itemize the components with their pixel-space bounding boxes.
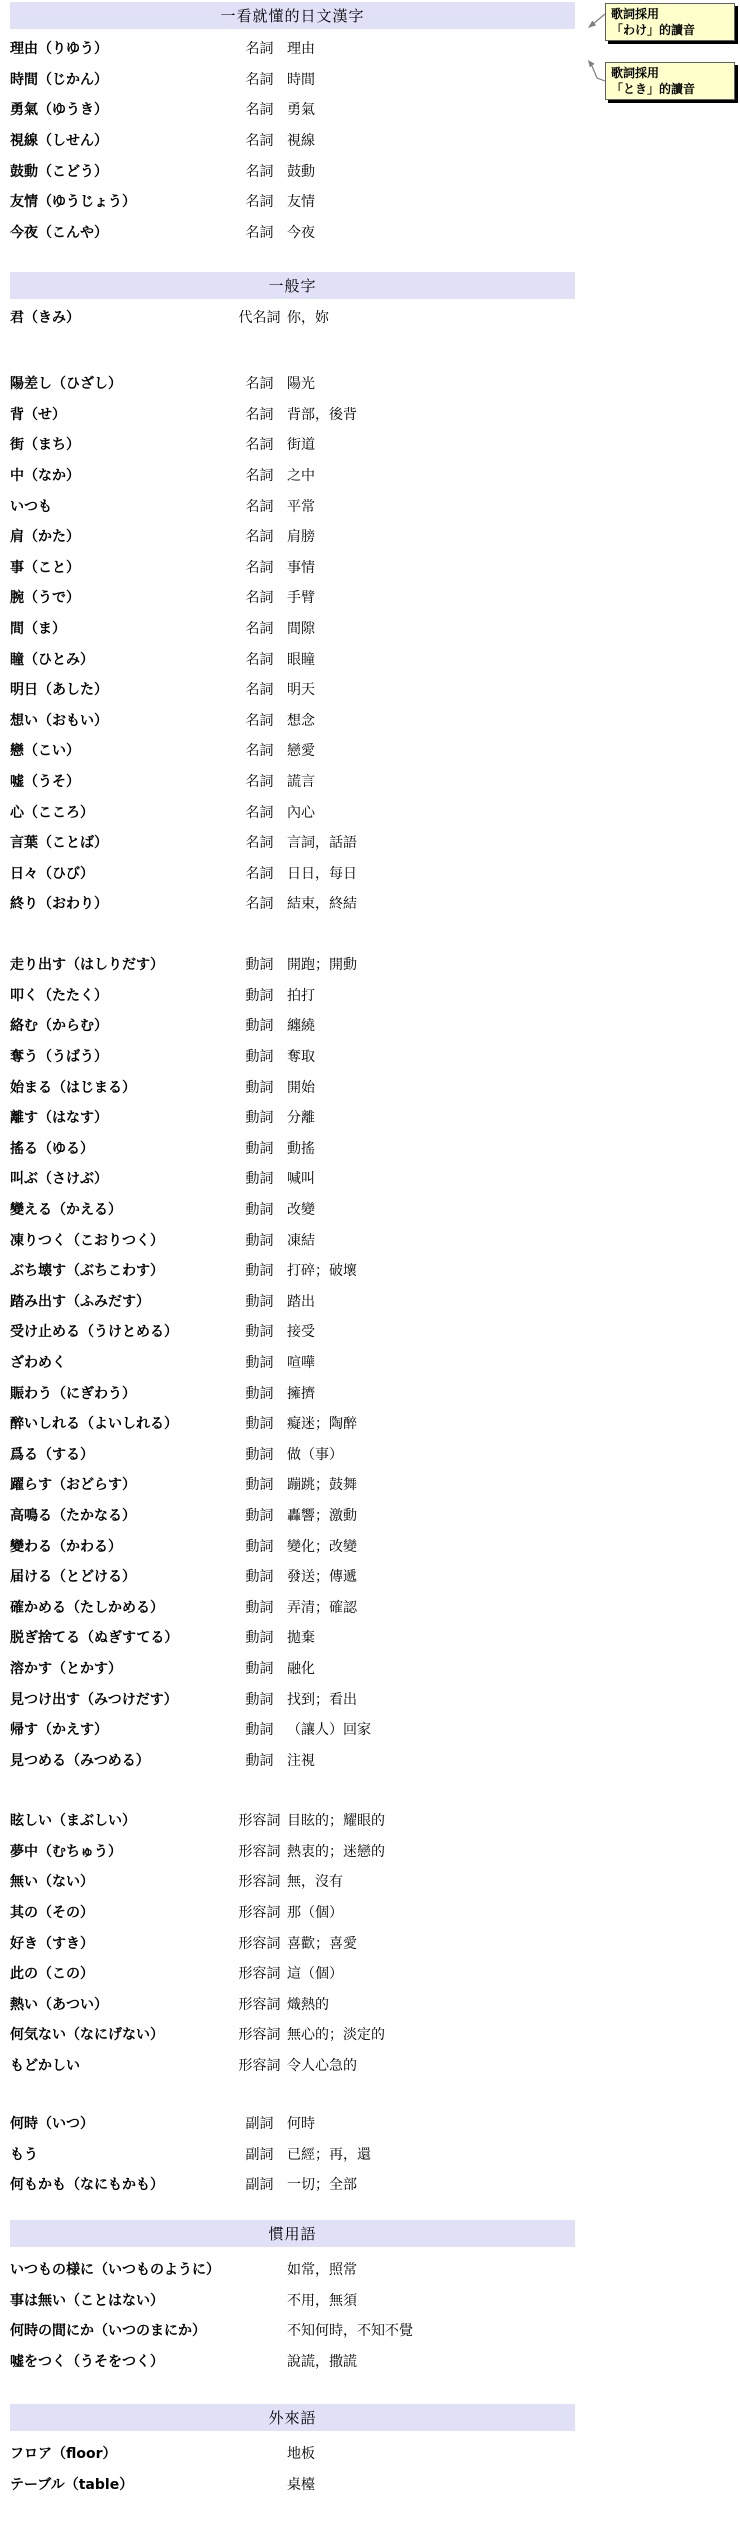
translation-chinese: 融化 (287, 1658, 315, 1678)
part-of-speech: 名詞 (232, 69, 287, 89)
word-japanese: 眩しい（まぶしい） (10, 1810, 232, 1830)
part-of-speech: 名詞 (232, 99, 287, 119)
translation-chinese: 喜歡；喜愛 (287, 1933, 357, 1953)
part-of-speech: 動詞 (232, 1383, 287, 1403)
translation-chinese: 蹦跳；鼓舞 (287, 1474, 357, 1494)
part-of-speech: 名詞 (232, 434, 287, 454)
vocab-row: 街（まち）名詞街道 (0, 429, 740, 460)
part-of-speech: 名詞 (232, 618, 287, 638)
word-japanese: 帰す（かえす） (10, 1719, 232, 1739)
part-of-speech: 名詞 (232, 465, 287, 485)
word-japanese: 瞳（ひとみ） (10, 649, 232, 669)
part-of-speech: 名詞 (232, 771, 287, 791)
vocab-row: 背（せ）名詞背部，後背 (0, 399, 740, 430)
word-japanese: 言葉（ことば） (10, 832, 232, 852)
word-japanese: 日々（ひび） (10, 863, 232, 883)
vocab-row: 今夜（こんや）名詞今夜 (0, 217, 740, 248)
translation-chinese: 說謊，撒謊 (287, 2351, 357, 2371)
word-japanese: 其の（その） (10, 1902, 232, 1922)
vocab-row: 叫ぶ（さけぶ）動詞喊叫 (0, 1163, 740, 1194)
part-of-speech: 名詞 (232, 496, 287, 516)
vocab-row: ざわめく動詞喧嘩 (0, 1347, 740, 1378)
part-of-speech: 形容詞 (232, 2024, 287, 2044)
part-of-speech: 名詞 (232, 161, 287, 181)
word-japanese: 好き（すき） (10, 1933, 232, 1953)
vocab-row: 受け止める（うけとめる）動詞接受 (0, 1316, 740, 1347)
vocab-row: 搖る（ゆる）動詞動搖 (0, 1133, 740, 1164)
word-japanese: 奪う（うばう） (10, 1046, 232, 1066)
vocab-group: 陽差し（ひざし）名詞陽光背（せ）名詞背部，後背街（まち）名詞街道中（なか）名詞之… (0, 368, 740, 919)
vocab-row: 變える（かえる）動詞改變 (0, 1194, 740, 1225)
translation-chinese: 動搖 (287, 1138, 315, 1158)
word-japanese: 心（こころ） (10, 802, 232, 822)
translation-chinese: 勇氣 (287, 99, 315, 119)
word-japanese: 中（なか） (10, 465, 232, 485)
translation-chinese: 無，沒有 (287, 1871, 343, 1891)
word-japanese: 想い（おもい） (10, 710, 232, 730)
part-of-speech: 形容詞 (232, 1994, 287, 2014)
vocab-row: 事は無い（ことはない）不用，無須 (0, 2285, 740, 2316)
word-japanese: 視線（しせん） (10, 130, 232, 150)
part-of-speech: 動詞 (232, 1046, 287, 1066)
part-of-speech: 名詞 (232, 802, 287, 822)
part-of-speech: 名詞 (232, 191, 287, 211)
word-japanese: 友情（ゆうじょう） (10, 191, 232, 211)
translation-chinese: 擁擠 (287, 1383, 315, 1403)
vocab-row: 確かめる（たしかめる）動詞弄清；確認 (0, 1591, 740, 1622)
vocab-row: ぶち壊す（ぶちこわす）動詞打碎；破壞 (0, 1255, 740, 1286)
translation-chinese: 事情 (287, 557, 315, 577)
vocab-row: 何気ない（なにげない）形容詞無心的；淡定的 (0, 2019, 740, 2050)
translation-chinese: 如常，照常 (287, 2259, 357, 2279)
translation-chinese: 平常 (287, 496, 315, 516)
vocab-row: 躍らす（おどらす）動詞蹦跳；鼓舞 (0, 1469, 740, 1500)
translation-chinese: 改變 (287, 1199, 315, 1219)
translation-chinese: 不知何時，不知不覺 (287, 2320, 413, 2340)
word-japanese: 躍らす（おどらす） (10, 1474, 232, 1494)
part-of-speech: 形容詞 (232, 1963, 287, 1983)
translation-chinese: 熱衷的；迷戀的 (287, 1841, 385, 1861)
word-japanese: 理由（りゆう） (10, 38, 232, 58)
vocab-group: 君（きみ）代名詞你，妳 (0, 302, 740, 333)
vocab-row: 陽差し（ひざし）名詞陽光 (0, 368, 740, 399)
translation-chinese: 變化；改變 (287, 1536, 357, 1556)
part-of-speech: 動詞 (232, 1291, 287, 1311)
translation-chinese: 明天 (287, 679, 315, 699)
section-header: 外來語 (10, 2404, 575, 2431)
word-japanese: 何時（いつ） (10, 2113, 232, 2133)
vocab-row: 嘘（うそ）名詞謊言 (0, 766, 740, 797)
vocab-row: 熱い（あつい）形容詞熾熱的 (0, 1989, 740, 2020)
vocab-group: フロア（floor）地板テーブル（table）桌檯 (0, 2438, 740, 2499)
translation-chinese: 踏出 (287, 1291, 315, 1311)
part-of-speech: 動詞 (232, 1107, 287, 1127)
translation-chinese: 開始 (287, 1077, 315, 1097)
vocab-row: 何もかも（なにもかも）副詞一切；全部 (0, 2169, 740, 2200)
part-of-speech: 動詞 (232, 1230, 287, 1250)
vocabulary-document: 一看就懂的日文漢字理由（りゆう）名詞理由時間（じかん）名詞時間勇氣（ゆうき）名詞… (0, 0, 740, 2538)
part-of-speech: 動詞 (232, 1750, 287, 1770)
word-japanese: 鼓動（こどう） (10, 161, 232, 181)
word-japanese: 離す（はなす） (10, 1107, 232, 1127)
vocab-row: 帰す（かえす）動詞（讓人）回家 (0, 1714, 740, 1745)
word-japanese: 嘘（うそ） (10, 771, 232, 791)
translation-chinese: 令人心急的 (287, 2055, 357, 2075)
word-japanese: 爲る（する） (10, 1444, 232, 1464)
part-of-speech: 動詞 (232, 1658, 287, 1678)
translation-chinese: 無心的；淡定的 (287, 2024, 385, 2044)
word-japanese: 陽差し（ひざし） (10, 373, 232, 393)
vocab-row: 此の（この）形容詞這（個） (0, 1958, 740, 1989)
vocab-row: 友情（ゆうじょう）名詞友情 (0, 186, 740, 217)
vocab-row: 絡む（からむ）動詞纏繞 (0, 1010, 740, 1041)
part-of-speech: 名詞 (232, 893, 287, 913)
translation-chinese: 何時 (287, 2113, 315, 2133)
vocab-row: 何時（いつ）副詞何時 (0, 2108, 740, 2139)
part-of-speech: 名詞 (232, 222, 287, 242)
vocab-row: 其の（その）形容詞那（個） (0, 1897, 740, 1928)
translation-chinese: 拋棄 (287, 1627, 315, 1647)
translation-chinese: 肩膀 (287, 526, 315, 546)
vocab-row: 醉いしれる（よいしれる）動詞癡迷；陶醉 (0, 1408, 740, 1439)
word-japanese: 叩く（たたく） (10, 985, 232, 1005)
vocab-row: 見つけ出す（みつけだす）動詞找到；看出 (0, 1683, 740, 1714)
translation-chinese: 一切；全部 (287, 2174, 357, 2194)
part-of-speech: 動詞 (232, 1260, 287, 1280)
translation-chinese: 奪取 (287, 1046, 315, 1066)
part-of-speech: 名詞 (232, 557, 287, 577)
word-japanese: 間（ま） (10, 618, 232, 638)
translation-chinese: 之中 (287, 465, 315, 485)
vocab-row: 事（こと）名詞事情 (0, 552, 740, 583)
translation-chinese: 理由 (287, 38, 315, 58)
word-japanese: 嘘をつく（うそをつく） (10, 2351, 232, 2371)
vocab-row: テーブル（table）桌檯 (0, 2469, 740, 2500)
word-japanese: 醉いしれる（よいしれる） (10, 1413, 232, 1433)
vocab-row: 肩（かた）名詞肩膀 (0, 521, 740, 552)
word-japanese: 夢中（むちゅう） (10, 1841, 232, 1861)
translation-chinese: 注視 (287, 1750, 315, 1770)
word-japanese: 事は無い（ことはない） (10, 2290, 232, 2310)
vocab-row: 瞳（ひとみ）名詞眼瞳 (0, 643, 740, 674)
callout-arrow-1 (588, 14, 605, 28)
translation-chinese: 接受 (287, 1321, 315, 1341)
translation-chinese: （讓人）回家 (287, 1719, 371, 1739)
translation-chinese: 做（事） (287, 1444, 343, 1464)
word-japanese: フロア（floor） (10, 2443, 232, 2463)
word-japanese: 脱ぎ捨てる（ぬぎすてる） (10, 1627, 232, 1647)
vocab-row: 鼓動（こどう）名詞鼓動 (0, 155, 740, 186)
translation-chinese: 你，妳 (287, 307, 329, 327)
part-of-speech: 名詞 (232, 38, 287, 58)
part-of-speech: 名詞 (232, 130, 287, 150)
translation-chinese: 結束，終結 (287, 893, 357, 913)
translation-chinese: 陽光 (287, 373, 315, 393)
part-of-speech: 動詞 (232, 1597, 287, 1617)
translation-chinese: 地板 (287, 2443, 315, 2463)
word-japanese: ざわめく (10, 1352, 232, 1372)
translation-chinese: 喧嘩 (287, 1352, 315, 1372)
translation-chinese: 桌檯 (287, 2474, 315, 2494)
translation-chinese: 戀愛 (287, 740, 315, 760)
translation-chinese: 拍打 (287, 985, 315, 1005)
part-of-speech: 名詞 (232, 373, 287, 393)
vocab-row: 踏み出す（ふみだす）動詞踏出 (0, 1286, 740, 1317)
vocab-row: 腕（うで）名詞手臂 (0, 582, 740, 613)
translation-chinese: 謊言 (287, 771, 315, 791)
part-of-speech: 動詞 (232, 1536, 287, 1556)
part-of-speech: 動詞 (232, 985, 287, 1005)
word-japanese: テーブル（table） (10, 2474, 232, 2494)
part-of-speech: 名詞 (232, 526, 287, 546)
word-japanese: 終り（おわり） (10, 893, 232, 913)
vocab-row: 届ける（とどける）動詞發送；傳遞 (0, 1561, 740, 1592)
word-japanese: 踏み出す（ふみだす） (10, 1291, 232, 1311)
part-of-speech: 名詞 (232, 832, 287, 852)
word-japanese: 變える（かえる） (10, 1199, 232, 1219)
part-of-speech: 動詞 (232, 1015, 287, 1035)
vocab-row: 始まる（はじまる）動詞開始 (0, 1071, 740, 1102)
translation-chinese: 已經；再，還 (287, 2144, 371, 2164)
translation-chinese: 目眩的；耀眼的 (287, 1810, 385, 1830)
part-of-speech: 名詞 (232, 740, 287, 760)
word-japanese: 搖る（ゆる） (10, 1138, 232, 1158)
word-japanese: 受け止める（うけとめる） (10, 1321, 232, 1341)
part-of-speech: 動詞 (232, 1505, 287, 1525)
vocab-row: 走り出す（はしりだす）動詞開跑；開動 (0, 949, 740, 980)
vocab-row: 奪う（うばう）動詞奪取 (0, 1041, 740, 1072)
translation-chinese: 凍結 (287, 1230, 315, 1250)
word-japanese: 凍りつく（こおりつく） (10, 1230, 232, 1250)
translation-chinese: 喊叫 (287, 1168, 315, 1188)
callout-arrow-2 (588, 60, 605, 81)
translation-chinese: 視線 (287, 130, 315, 150)
vocab-row: 間（ま）名詞間隙 (0, 613, 740, 644)
vocab-row: 變わる（かわる）動詞變化；改變 (0, 1530, 740, 1561)
part-of-speech: 名詞 (232, 649, 287, 669)
translation-chinese: 那（個） (287, 1902, 343, 1922)
vocab-row: 叩く（たたく）動詞拍打 (0, 980, 740, 1011)
section-header: 一般字 (10, 272, 575, 299)
word-japanese: 賑わう（にぎわう） (10, 1383, 232, 1403)
word-japanese: ぶち壊す（ぶちこわす） (10, 1260, 232, 1280)
part-of-speech: 動詞 (232, 1413, 287, 1433)
translation-chinese: 纏繞 (287, 1015, 315, 1035)
sticky-note-line: 歌詞採用 (611, 65, 729, 81)
word-japanese: 見つめる（みつめる） (10, 1750, 232, 1770)
part-of-speech: 動詞 (232, 1077, 287, 1097)
vocab-row: 爲る（する）動詞做（事） (0, 1439, 740, 1470)
part-of-speech: 動詞 (232, 1199, 287, 1219)
vocab-row: 日々（ひび）名詞日日，每日 (0, 858, 740, 889)
translation-chinese: 背部，後背 (287, 404, 357, 424)
word-japanese: もどかしい (10, 2055, 232, 2075)
vocab-group: 眩しい（まぶしい）形容詞目眩的；耀眼的夢中（むちゅう）形容詞熱衷的；迷戀的無い（… (0, 1805, 740, 2080)
translation-chinese: 轟響；激動 (287, 1505, 357, 1525)
vocab-row: 見つめる（みつめる）動詞注視 (0, 1744, 740, 1775)
word-japanese: もう (10, 2144, 232, 2164)
vocab-row: 何時の間にか（いつのまにか）不知何時，不知不覺 (0, 2315, 740, 2346)
vocab-row: 高鳴る（たかなる）動詞轟響；激動 (0, 1500, 740, 1531)
word-japanese: 戀（こい） (10, 740, 232, 760)
part-of-speech: 動詞 (232, 1444, 287, 1464)
vocab-group: 何時（いつ）副詞何時もう副詞已經；再，還何もかも（なにもかも）副詞一切；全部 (0, 2108, 740, 2200)
callout-arrow-lines (555, 0, 625, 110)
vocab-row: 嘘をつく（うそをつく）說謊，撒謊 (0, 2346, 740, 2377)
translation-chinese: 鼓動 (287, 161, 315, 181)
part-of-speech: 名詞 (232, 404, 287, 424)
sticky-note-line: 「わけ」的讀音 (611, 22, 729, 38)
translation-chinese: 間隙 (287, 618, 315, 638)
vocab-row: 君（きみ）代名詞你，妳 (0, 302, 740, 333)
translation-chinese: 想念 (287, 710, 315, 730)
part-of-speech: 動詞 (232, 1321, 287, 1341)
part-of-speech: 動詞 (232, 1138, 287, 1158)
vocab-row: 言葉（ことば）名詞言詞，話語 (0, 827, 740, 858)
vocab-row: 好き（すき）形容詞喜歡；喜愛 (0, 1927, 740, 1958)
word-japanese: 君（きみ） (10, 307, 232, 327)
vocab-row: 溶かす（とかす）動詞融化 (0, 1653, 740, 1684)
vocab-row: 賑わう（にぎわう）動詞擁擠 (0, 1377, 740, 1408)
vocab-row: 離す（はなす）動詞分離 (0, 1102, 740, 1133)
vocab-row: フロア（floor）地板 (0, 2438, 740, 2469)
part-of-speech: 動詞 (232, 954, 287, 974)
word-japanese: 勇氣（ゆうき） (10, 99, 232, 119)
translation-chinese: 手臂 (287, 587, 315, 607)
part-of-speech: 副詞 (232, 2113, 287, 2133)
vocab-row: 戀（こい）名詞戀愛 (0, 735, 740, 766)
section-header: 慣用語 (10, 2220, 575, 2247)
translation-chinese: 言詞，話語 (287, 832, 357, 852)
word-japanese: 絡む（からむ） (10, 1015, 232, 1035)
word-japanese: 溶かす（とかす） (10, 1658, 232, 1678)
vocab-row: 中（なか）名詞之中 (0, 460, 740, 491)
vocab-row: 凍りつく（こおりつく）動詞凍結 (0, 1224, 740, 1255)
translation-chinese: 熾熱的 (287, 1994, 329, 2014)
part-of-speech: 形容詞 (232, 1902, 287, 1922)
part-of-speech: 名詞 (232, 710, 287, 730)
word-japanese: 届ける（とどける） (10, 1566, 232, 1586)
vocab-row: 視線（しせん）名詞視線 (0, 125, 740, 156)
word-japanese: 腕（うで） (10, 587, 232, 607)
sticky-note-line: 「とき」的讀音 (611, 81, 729, 97)
translation-chinese: 內心 (287, 802, 315, 822)
part-of-speech: 副詞 (232, 2174, 287, 2194)
part-of-speech: 名詞 (232, 587, 287, 607)
part-of-speech: 動詞 (232, 1566, 287, 1586)
sticky-note-line: 歌詞採用 (611, 6, 729, 22)
translation-chinese: 找到；看出 (287, 1689, 357, 1709)
word-japanese: 時間（じかん） (10, 69, 232, 89)
part-of-speech: 動詞 (232, 1352, 287, 1372)
part-of-speech: 副詞 (232, 2144, 287, 2164)
word-japanese: 明日（あした） (10, 679, 232, 699)
vocab-row: いつも名詞平常 (0, 490, 740, 521)
vocab-row: もう副詞已經；再，還 (0, 2139, 740, 2170)
translation-chinese: 弄清；確認 (287, 1597, 357, 1617)
word-japanese: いつもの様に（いつものように） (10, 2259, 232, 2279)
section-header: 一看就懂的日文漢字 (10, 2, 575, 29)
word-japanese: 肩（かた） (10, 526, 232, 546)
vocab-group: いつもの様に（いつものように）如常，照常事は無い（ことはない）不用，無須何時の間… (0, 2254, 740, 2376)
vocab-row: 想い（おもい）名詞想念 (0, 705, 740, 736)
part-of-speech: 代名詞 (232, 307, 287, 327)
part-of-speech: 名詞 (232, 679, 287, 699)
word-japanese: 叫ぶ（さけぶ） (10, 1168, 232, 1188)
part-of-speech: 名詞 (232, 863, 287, 883)
part-of-speech: 形容詞 (232, 1871, 287, 1891)
part-of-speech: 動詞 (232, 1474, 287, 1494)
vocab-row: 脱ぎ捨てる（ぬぎすてる）動詞拋棄 (0, 1622, 740, 1653)
word-japanese: 高鳴る（たかなる） (10, 1505, 232, 1525)
word-japanese: 始まる（はじまる） (10, 1077, 232, 1097)
word-japanese: 無い（ない） (10, 1871, 232, 1891)
translation-chinese: 分離 (287, 1107, 315, 1127)
part-of-speech: 形容詞 (232, 1810, 287, 1830)
word-japanese: 今夜（こんや） (10, 222, 232, 242)
word-japanese: 走り出す（はしりだす） (10, 954, 232, 974)
vocab-row: 明日（あした）名詞明天 (0, 674, 740, 705)
word-japanese: 見つけ出す（みつけだす） (10, 1689, 232, 1709)
translation-chinese: 街道 (287, 434, 315, 454)
part-of-speech: 動詞 (232, 1627, 287, 1647)
vocab-row: 終り（おわり）名詞結束，終結 (0, 888, 740, 919)
word-japanese: いつも (10, 496, 232, 516)
part-of-speech: 動詞 (232, 1168, 287, 1188)
part-of-speech: 形容詞 (232, 1841, 287, 1861)
vocab-row: もどかしい形容詞令人心急的 (0, 2050, 740, 2081)
translation-chinese: 這（個） (287, 1963, 343, 1983)
translation-chinese: 時間 (287, 69, 315, 89)
vocab-row: 眩しい（まぶしい）形容詞目眩的；耀眼的 (0, 1805, 740, 1836)
word-japanese: 事（こと） (10, 557, 232, 577)
word-japanese: 確かめる（たしかめる） (10, 1597, 232, 1617)
translation-chinese: 打碎；破壞 (287, 1260, 357, 1280)
word-japanese: 何気ない（なにげない） (10, 2024, 232, 2044)
word-japanese: 背（せ） (10, 404, 232, 424)
translation-chinese: 開跑；開動 (287, 954, 357, 974)
word-japanese: 此の（この） (10, 1963, 232, 1983)
vocab-row: 心（こころ）名詞內心 (0, 796, 740, 827)
part-of-speech: 動詞 (232, 1689, 287, 1709)
vocab-row: 夢中（むちゅう）形容詞熱衷的；迷戀的 (0, 1836, 740, 1867)
vocab-row: 無い（ない）形容詞無，沒有 (0, 1866, 740, 1897)
part-of-speech: 形容詞 (232, 1933, 287, 1953)
translation-chinese: 友情 (287, 191, 315, 211)
part-of-speech: 形容詞 (232, 2055, 287, 2075)
vocab-row: いつもの様に（いつものように）如常，照常 (0, 2254, 740, 2285)
word-japanese: 街（まち） (10, 434, 232, 454)
word-japanese: 何時の間にか（いつのまにか） (10, 2320, 232, 2340)
translation-chinese: 今夜 (287, 222, 315, 242)
word-japanese: 變わる（かわる） (10, 1536, 232, 1556)
translation-chinese: 日日，每日 (287, 863, 357, 883)
translation-chinese: 眼瞳 (287, 649, 315, 669)
vocab-group: 走り出す（はしりだす）動詞開跑；開動叩く（たたく）動詞拍打絡む（からむ）動詞纏繞… (0, 949, 740, 1775)
translation-chinese: 不用，無須 (287, 2290, 357, 2310)
word-japanese: 何もかも（なにもかも） (10, 2174, 232, 2194)
translation-chinese: 發送；傳遞 (287, 1566, 357, 1586)
word-japanese: 熱い（あつい） (10, 1994, 232, 2014)
part-of-speech: 動詞 (232, 1719, 287, 1739)
translation-chinese: 癡迷；陶醉 (287, 1413, 357, 1433)
